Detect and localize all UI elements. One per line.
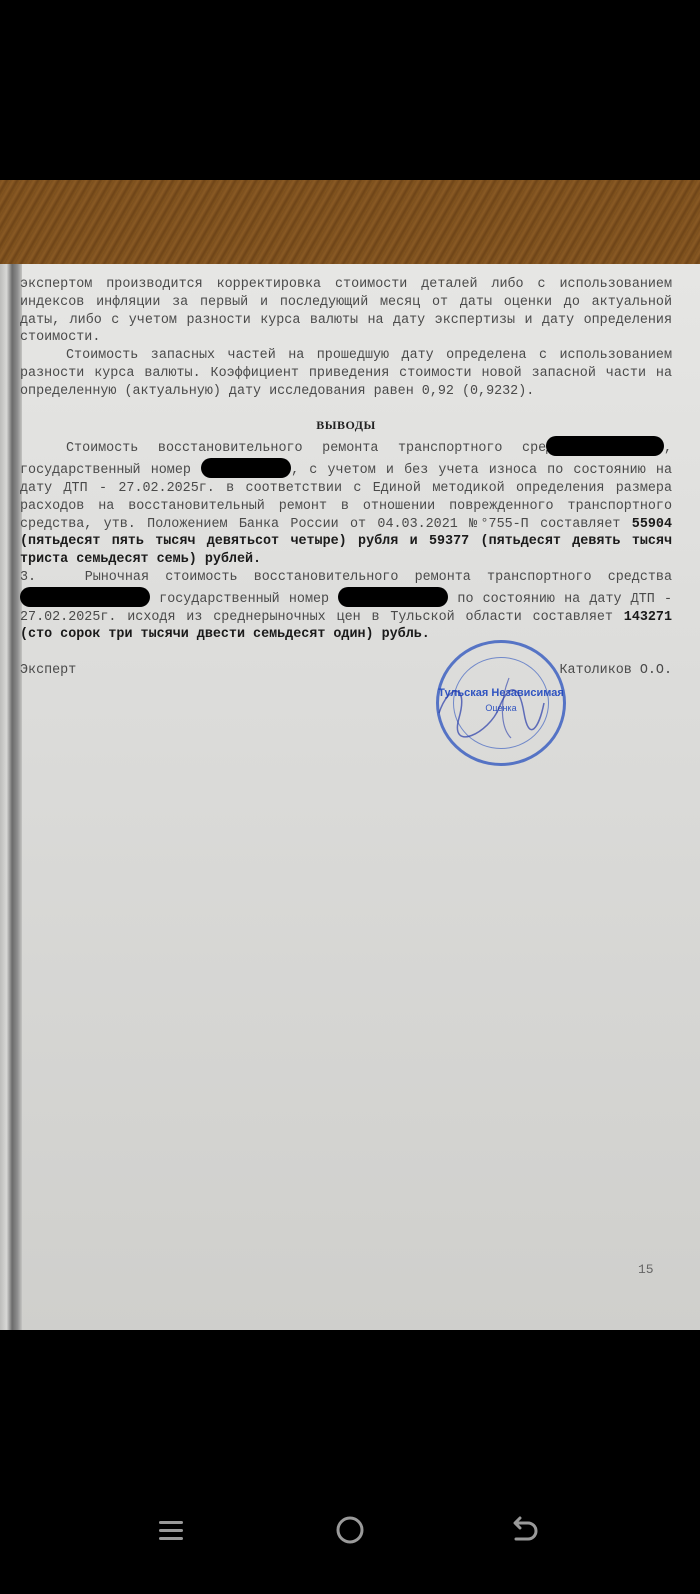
paragraph-correction: экспертом производится корректировка сто… — [20, 276, 672, 347]
conclusion-1: Стоимость восстановительного ремонта тра… — [20, 436, 672, 569]
signature-name: Католиков О.О. — [560, 662, 673, 680]
signature-role: Эксперт — [20, 662, 76, 680]
home-circle-icon — [335, 1515, 365, 1545]
page-binding-edge — [0, 264, 22, 1334]
section-title: ВЫВОДЫ — [20, 417, 672, 435]
android-navigation-bar — [0, 1490, 700, 1570]
paper-bottom-edge — [0, 1330, 700, 1340]
signature-scribble-icon — [429, 673, 549, 743]
redaction-plate — [201, 458, 291, 478]
signature-row: Эксперт Католиков О.О. — [20, 662, 672, 680]
conclusion-3-text-b: государственный номер — [159, 592, 329, 607]
page-number: 15 — [638, 1262, 654, 1277]
back-icon — [510, 1515, 540, 1545]
organization-stamp: Тульская Независимая Оценка — [436, 640, 566, 766]
document-photo: экспертом производится корректировка сто… — [0, 180, 700, 1340]
document-body: экспертом производится корректировка сто… — [20, 276, 672, 680]
redaction-plate-2 — [338, 587, 448, 607]
menu-icon — [157, 1516, 185, 1544]
home-button[interactable] — [330, 1512, 370, 1548]
redaction-vehicle — [546, 436, 664, 456]
conclusion-3-text-a: Рыночная стоимость восстановительного ре… — [85, 570, 672, 585]
redaction-vehicle-2 — [20, 587, 150, 607]
paragraph-coefficient: Стоимость запасных частей на прошедшую д… — [20, 347, 672, 400]
wooden-table-background — [0, 180, 700, 270]
conclusion-3-number: 3. — [20, 570, 36, 585]
recents-button[interactable] — [151, 1512, 191, 1548]
conclusion-1-text-a: Стоимость восстановительного ремонта тра… — [66, 441, 586, 456]
back-button[interactable] — [505, 1512, 545, 1548]
conclusion-3: 3. Рыночная стоимость восстановительного… — [20, 569, 672, 644]
